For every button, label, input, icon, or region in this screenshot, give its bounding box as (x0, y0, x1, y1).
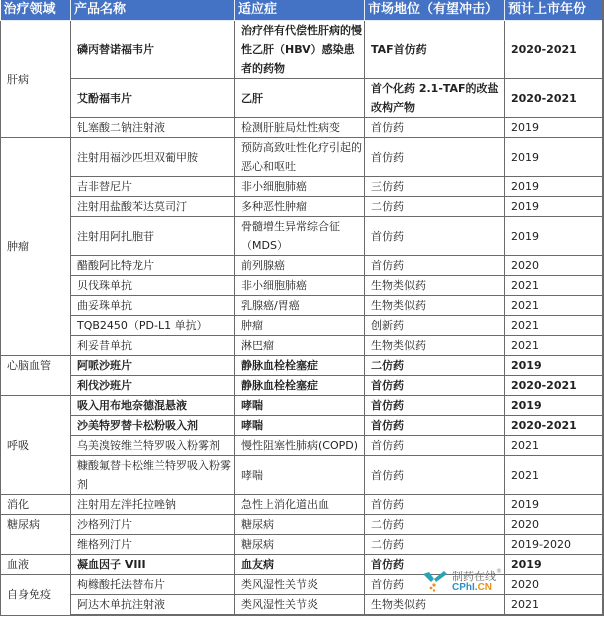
table-row: 肝病 磷丙替诺福韦片 治疗伴有代偿性肝病的慢性乙肝（HBV）感染患者的药物 TA… (1, 21, 603, 79)
product-cell: 沙格列汀片 (71, 515, 235, 535)
position-cell: 首仿药 (365, 256, 505, 276)
product-cell: 吉非替尼片 (71, 177, 235, 197)
table-row: 自身免疫 枸橼酸托法替布片 类风湿性关节炎 首仿药 2020 (1, 575, 603, 595)
table-row: 艾酚福韦片 乙肝 首个化药 2.1-TAF的改盐改构产物 2020-2021 (1, 79, 603, 118)
indication-cell: 类风湿性关节炎 (235, 595, 365, 616)
product-cell: 乌美溴铵维兰特罗吸入粉雾剂 (71, 436, 235, 456)
year-cell: 2021 (505, 296, 603, 316)
year-cell: 2020-2021 (505, 21, 603, 79)
product-cell: 注射用福沙匹坦双葡甲胺 (71, 138, 235, 177)
indication-cell: 哮喘 (235, 456, 365, 495)
indication-cell: 非小细胞肺癌 (235, 177, 365, 197)
table-row: 注射用盐酸苯达莫司汀 多种恶性肿瘤 二仿药 2019 (1, 197, 603, 217)
year-cell: 2021 (505, 456, 603, 495)
product-cell: 阿哌沙班片 (71, 356, 235, 376)
year-cell: 2019 (505, 396, 603, 416)
indication-cell: 多种恶性肿瘤 (235, 197, 365, 217)
position-cell: 二仿药 (365, 535, 505, 555)
position-cell: 创新药 (365, 316, 505, 336)
position-cell: 首个化药 2.1-TAF的改盐改构产物 (365, 79, 505, 118)
table-row: 糠酸氟替卡松维兰特罗吸入粉雾剂 哮喘 首仿药 2021 (1, 456, 603, 495)
product-cell: 醋酸阿比特龙片 (71, 256, 235, 276)
table-row: 维格列汀片 糖尿病 二仿药 2019-2020 (1, 535, 603, 555)
product-cell: 糠酸氟替卡松维兰特罗吸入粉雾剂 (71, 456, 235, 495)
position-cell: 生物类似药 (365, 296, 505, 316)
position-cell: 首仿药 (365, 217, 505, 256)
area-cell-diabetes: 糖尿病 (1, 515, 71, 555)
position-cell: 二仿药 (365, 515, 505, 535)
year-cell: 2019-2020 (505, 535, 603, 555)
table-row: 沙美特罗替卡松粉吸入剂 哮喘 首仿药 2020-2021 (1, 416, 603, 436)
column-header-product: 产品名称 (71, 0, 235, 21)
area-cell-oncology: 肿瘤 (1, 138, 71, 356)
position-cell: 首仿药 (365, 575, 505, 595)
position-cell: 生物类似药 (365, 336, 505, 356)
position-cell: 首仿药 (365, 495, 505, 515)
area-cell-blood: 血液 (1, 555, 71, 575)
product-cell: 阿达木单抗注射液 (71, 595, 235, 616)
year-cell: 2020 (505, 256, 603, 276)
table-row: 注射用阿扎胞苷 骨髓增生异常综合征（MDS） 首仿药 2019 (1, 217, 603, 256)
indication-cell: 预防高致吐性化疗引起的恶心和呕吐 (235, 138, 365, 177)
product-cell: 吸入用布地奈德混悬液 (71, 396, 235, 416)
indication-cell: 骨髓增生异常综合征（MDS） (235, 217, 365, 256)
product-cell: 曲妥珠单抗 (71, 296, 235, 316)
position-cell: 生物类似药 (365, 276, 505, 296)
product-cell: 枸橼酸托法替布片 (71, 575, 235, 595)
indication-cell: 乙肝 (235, 79, 365, 118)
position-cell: 首仿药 (365, 396, 505, 416)
position-cell: 首仿药 (365, 416, 505, 436)
table-row: 阿达木单抗注射液 类风湿性关节炎 生物类似药 2021 (1, 595, 603, 616)
year-cell: 2021 (505, 276, 603, 296)
indication-cell: 慢性阻塞性肺病(COPD) (235, 436, 365, 456)
area-cell-liver: 肝病 (1, 21, 71, 138)
indication-cell: 血友病 (235, 555, 365, 575)
product-cell: 钆塞酸二钠注射液 (71, 118, 235, 138)
year-cell: 2019 (505, 177, 603, 197)
table-row: 消化 注射用左泮托拉唑钠 急性上消化道出血 首仿药 2019 (1, 495, 603, 515)
year-cell: 2019 (505, 555, 603, 575)
table-row: 肿瘤 注射用福沙匹坦双葡甲胺 预防高致吐性化疗引起的恶心和呕吐 首仿药 2019 (1, 138, 603, 177)
area-cell-cardiovascular: 心脑血管 (1, 356, 71, 396)
indication-cell: 静脉血栓栓塞症 (235, 376, 365, 396)
position-cell: 首仿药 (365, 138, 505, 177)
year-cell: 2021 (505, 595, 603, 616)
year-cell: 2020 (505, 575, 603, 595)
position-cell: 二仿药 (365, 356, 505, 376)
product-cell: 凝血因子 VIII (71, 555, 235, 575)
indication-cell: 前列腺癌 (235, 256, 365, 276)
area-cell-autoimmune: 自身免疫 (1, 575, 71, 616)
table-row: 心脑血管 阿哌沙班片 静脉血栓栓塞症 二仿药 2019 (1, 356, 603, 376)
table-row: 醋酸阿比特龙片 前列腺癌 首仿药 2020 (1, 256, 603, 276)
product-cell: 利妥昔单抗 (71, 336, 235, 356)
product-cell: 利伐沙班片 (71, 376, 235, 396)
product-cell: TQB2450（PD-L1 单抗） (71, 316, 235, 336)
indication-cell: 哮喘 (235, 416, 365, 436)
position-cell: TAF首仿药 (365, 21, 505, 79)
product-cell: 贝伐珠单抗 (71, 276, 235, 296)
table-header-row: 治疗领域 产品名称 适应症 市场地位（有望冲击） 预计上市年份 (1, 0, 603, 21)
table-row: 利妥昔单抗 淋巴瘤 生物类似药 2021 (1, 336, 603, 356)
year-cell: 2021 (505, 436, 603, 456)
indication-cell: 肿瘤 (235, 316, 365, 336)
table-row: 血液 凝血因子 VIII 血友病 首仿药 2019 (1, 555, 603, 575)
indication-cell: 检测肝脏局灶性病变 (235, 118, 365, 138)
drug-pipeline-table: 治疗领域 产品名称 适应症 市场地位（有望冲击） 预计上市年份 肝病 磷丙替诺福… (0, 0, 604, 616)
table-row: 利伐沙班片 静脉血栓栓塞症 首仿药 2020-2021 (1, 376, 603, 396)
position-cell: 首仿药 (365, 376, 505, 396)
indication-cell: 治疗伴有代偿性肝病的慢性乙肝（HBV）感染患者的药物 (235, 21, 365, 79)
table-row: 吉非替尼片 非小细胞肺癌 三仿药 2019 (1, 177, 603, 197)
year-cell: 2019 (505, 138, 603, 177)
position-cell: 首仿药 (365, 436, 505, 456)
column-header-indication: 适应症 (235, 0, 365, 21)
indication-cell: 糖尿病 (235, 535, 365, 555)
position-cell: 首仿药 (365, 118, 505, 138)
indication-cell: 淋巴瘤 (235, 336, 365, 356)
area-cell-digestive: 消化 (1, 495, 71, 515)
year-cell: 2020-2021 (505, 376, 603, 396)
position-cell: 三仿药 (365, 177, 505, 197)
column-header-launch-year: 预计上市年份 (505, 0, 603, 21)
product-cell: 磷丙替诺福韦片 (71, 21, 235, 79)
indication-cell: 哮喘 (235, 396, 365, 416)
indication-cell: 乳腺癌/胃癌 (235, 296, 365, 316)
product-cell: 注射用盐酸苯达莫司汀 (71, 197, 235, 217)
year-cell: 2020-2021 (505, 416, 603, 436)
year-cell: 2019 (505, 217, 603, 256)
year-cell: 2019 (505, 356, 603, 376)
indication-cell: 非小细胞肺癌 (235, 276, 365, 296)
table-row: 呼吸 吸入用布地奈德混悬液 哮喘 首仿药 2019 (1, 396, 603, 416)
indication-cell: 静脉血栓栓塞症 (235, 356, 365, 376)
year-cell: 2021 (505, 316, 603, 336)
product-cell: 艾酚福韦片 (71, 79, 235, 118)
year-cell: 2020 (505, 515, 603, 535)
year-cell: 2021 (505, 336, 603, 356)
year-cell: 2019 (505, 495, 603, 515)
year-cell: 2020-2021 (505, 79, 603, 118)
product-cell: 维格列汀片 (71, 535, 235, 555)
position-cell: 首仿药 (365, 456, 505, 495)
indication-cell: 糖尿病 (235, 515, 365, 535)
table-row: 曲妥珠单抗 乳腺癌/胃癌 生物类似药 2021 (1, 296, 603, 316)
indication-cell: 急性上消化道出血 (235, 495, 365, 515)
column-header-area: 治疗领域 (1, 0, 71, 21)
product-cell: 注射用阿扎胞苷 (71, 217, 235, 256)
product-cell: 注射用左泮托拉唑钠 (71, 495, 235, 515)
position-cell: 首仿药 (365, 555, 505, 575)
table-row: 钆塞酸二钠注射液 检测肝脏局灶性病变 首仿药 2019 (1, 118, 603, 138)
product-cell: 沙美特罗替卡松粉吸入剂 (71, 416, 235, 436)
table-row: 糖尿病 沙格列汀片 糖尿病 二仿药 2020 (1, 515, 603, 535)
indication-cell: 类风湿性关节炎 (235, 575, 365, 595)
year-cell: 2019 (505, 118, 603, 138)
table-row: TQB2450（PD-L1 单抗） 肿瘤 创新药 2021 (1, 316, 603, 336)
position-cell: 生物类似药 (365, 595, 505, 616)
year-cell: 2019 (505, 197, 603, 217)
position-cell: 二仿药 (365, 197, 505, 217)
column-header-market-position: 市场地位（有望冲击） (365, 0, 505, 21)
area-cell-respiratory: 呼吸 (1, 396, 71, 495)
table-row: 贝伐珠单抗 非小细胞肺癌 生物类似药 2021 (1, 276, 603, 296)
table-row: 乌美溴铵维兰特罗吸入粉雾剂 慢性阻塞性肺病(COPD) 首仿药 2021 (1, 436, 603, 456)
